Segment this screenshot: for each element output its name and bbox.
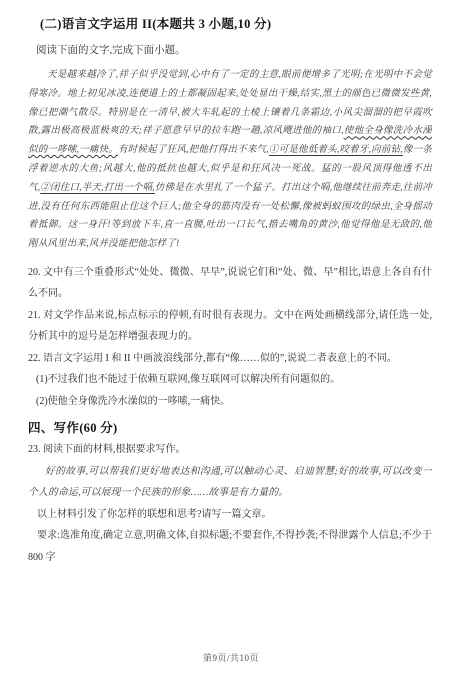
question-21: 21. 对文学作品来说,标点标示的停顿,有时很有表现力。文中在两处画横线部分,请… bbox=[28, 305, 432, 348]
page-number: 第9页/共10页 bbox=[0, 651, 462, 664]
section-ii-heading: (二)语言文字运用 II(本题共 3 小题,10 分) bbox=[40, 14, 432, 34]
question-23: 23. 阅读下面的材料,根据要求写作。 bbox=[28, 439, 432, 461]
exam-page: (二)语言文字运用 II(本题共 3 小题,10 分) 阅读下面的文字,完成下面… bbox=[0, 0, 462, 680]
essay-requirements: 要求:选准角度,确定立意,明确文体,自拟标题;不要套作,不得抄袭;不得泄露个人信… bbox=[28, 525, 432, 568]
question-22-item-1: (1)不过我们也不能过于依赖互联网,像互联网可以解决所有问题似的。 bbox=[36, 369, 432, 391]
passage-segment-underline: ②闭住口,半天,打出一个嗝, bbox=[40, 183, 155, 193]
reading-instruction: 阅读下面的文字,完成下面小题。 bbox=[36, 42, 432, 60]
passage-segment-plain: 有时候起了狂风,把他打得出不来气, bbox=[118, 145, 269, 155]
passage-segment-underline: ①可是他低着头,咬着牙,向前钻, bbox=[269, 145, 403, 155]
question-22-item-2: (2)使他全身像洗冷水澡似的一哆嗦,一痛快。 bbox=[36, 391, 432, 413]
section-iv-heading: 四、写作(60 分) bbox=[28, 417, 432, 439]
question-22: 22. 语言文字运用 I 和 II 中画波浪线部分,都有“像……似的”,说说二者… bbox=[28, 348, 432, 370]
question-20: 20. 文中有三个重叠形式“处处、微微、早早”,说说它们和“处、微、早”相比,语… bbox=[28, 262, 432, 305]
essay-material: 好的故事,可以帮我们更好地表达和沟通,可以触动心灵、启迪智慧;好的故事,可以改变… bbox=[28, 461, 432, 504]
essay-prompt: 以上材料引发了你怎样的联想和思考?请写一篇文章。 bbox=[28, 504, 432, 526]
reading-passage: 天是越来越冷了,祥子似乎没觉到,心中有了一定的主意,眼前便增多了光明;在光明中不… bbox=[28, 66, 432, 254]
